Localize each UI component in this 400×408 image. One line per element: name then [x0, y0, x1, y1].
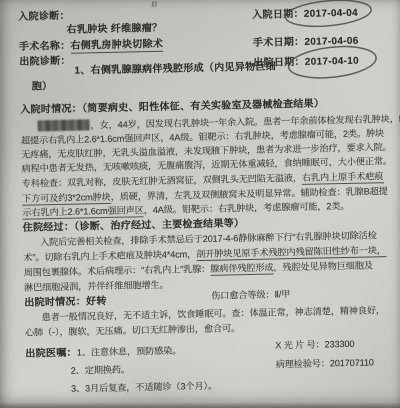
course-line-4: 淋巴细胞浸润，并伴纤维细胞增生。	[24, 279, 169, 294]
underlined-pathology-text: 腺病伴残腔形成	[210, 263, 273, 276]
pathology-number-value: 201707110	[330, 357, 374, 368]
discharge-status-row: 出院时情况：好转	[24, 296, 107, 310]
admission-status-title: 入院时情况：	[20, 103, 82, 115]
underlined-ultrasound-text: 示右乳内上2.6*1.6cm强回声区	[22, 205, 144, 219]
underlined-scar-text: 右乳内上原手术疤痕	[302, 171, 384, 184]
hospital-course-note: （诊断、治疗经过、主要检查结果等）	[74, 218, 244, 233]
discharge-order-2: 2、定期换药。	[71, 364, 130, 377]
surgery-name-row: 手术名称：右侧乳房肿块切除术	[19, 39, 163, 54]
discharge-date-value: 2017-04-10	[305, 56, 359, 68]
discharge-orders-label: 出院医嘱：	[25, 348, 77, 360]
wound-grade-label: 伤口愈合等级：	[211, 290, 274, 301]
redacted-patient-name	[37, 119, 89, 131]
discharge-diagnosis-line1: 1、右侧乳腺腺病伴残腔形成（内见异物巨细	[74, 61, 276, 77]
surgery-date-label: 手术日期：	[253, 37, 305, 49]
discharge-diagnosis-label: 出院诊断：	[19, 56, 71, 69]
wound-grade-value: Ⅱ/甲	[274, 289, 290, 299]
admission-status-title-row: 入院时情况：（简要病史、阳性体征、有关实验室及器械检查结果）	[20, 97, 324, 116]
course-line-2-text: 术”。切除右乳内上手术疤痕及肿块4*4cm，	[23, 249, 196, 263]
exam-end-text: ，4A级。钼靶示：右乳肿块，考虑腺瘤可能，2类。	[144, 201, 350, 215]
discharge-order-3: 3、3月后复查，不适随诊（3个月）。	[71, 380, 217, 395]
admission-diagnosis-label: 入院诊断：	[18, 11, 70, 24]
wound-grade-row: 伤口愈合等级：Ⅱ/甲	[211, 288, 290, 302]
admission-diagnosis-value: 右乳肿块 纤维腺瘤？	[66, 23, 162, 37]
medical-record-sheet: 入院诊断： 入院日期：2017-04-04 右乳肿块 纤维腺瘤？ 手术名称：右侧…	[0, 0, 400, 408]
admission-date-value: 2017-04-04	[304, 8, 358, 20]
course-line-3-text: 周围包裹腺体。术后病理示：“右乳内上”乳腺：	[24, 264, 211, 278]
pathology-number-label: 病理检验号：	[276, 358, 330, 369]
underlined-gauze-text: 剖开肿块见原手术残腔内残留陈旧性纱布一块，	[196, 245, 386, 261]
course-line-3-end: ，残腔处见异物巨细胞及	[273, 260, 373, 272]
surgery-name-value: 右侧乳房肿块切除术	[70, 39, 163, 54]
surgery-date-row: 手术日期：2017-04-06	[253, 36, 359, 50]
admission-status-note: （简要病史、阳性体征、有关实验室及器械检查结果）	[82, 98, 324, 114]
xray-number-row: X 光 片 号：233300	[275, 338, 354, 352]
surgery-date-value: 2017-04-06	[304, 36, 358, 48]
discharge-line-2: 心肺（-），腹软，无压痛。切口无红肿渗出，愈合可。	[25, 322, 240, 339]
specialist-exam-text: 专科检查：双乳对称，皮肤无红肿无酒窝征，双侧乳头无凹陷无溢液，	[22, 173, 302, 189]
xray-number-value: 233300	[324, 339, 354, 350]
discharge-orders-row-1: 出院医嘱：1、注意休息，预防感染。	[25, 344, 181, 360]
pathology-number-row: 病理检验号：201707110	[276, 356, 374, 370]
discharge-diagnosis-line2: 胞）	[32, 81, 53, 93]
medical-record-photo: 入院诊断： 入院日期：2017-04-04 右乳肿块 纤维腺瘤？ 手术名称：右侧…	[0, 0, 400, 408]
xray-number-label: X 光 片 号：	[275, 339, 325, 350]
surgery-name-label: 手术名称：	[19, 41, 71, 53]
discharge-order-1: 1、注意休息，预防感染。	[77, 345, 182, 357]
admission-date-label: 入院日期：	[252, 9, 304, 21]
discharge-status-label: 出院时情况：	[24, 296, 86, 308]
underlined-mass-text: 下方可及约3*2cm肿块	[22, 192, 111, 205]
scan-artifact	[146, 1, 160, 7]
discharge-status-value: 好转	[86, 296, 107, 307]
admission-date-row: 入院日期：2017-04-04	[252, 8, 358, 22]
hospital-course-title: 住院经过：	[23, 222, 75, 234]
